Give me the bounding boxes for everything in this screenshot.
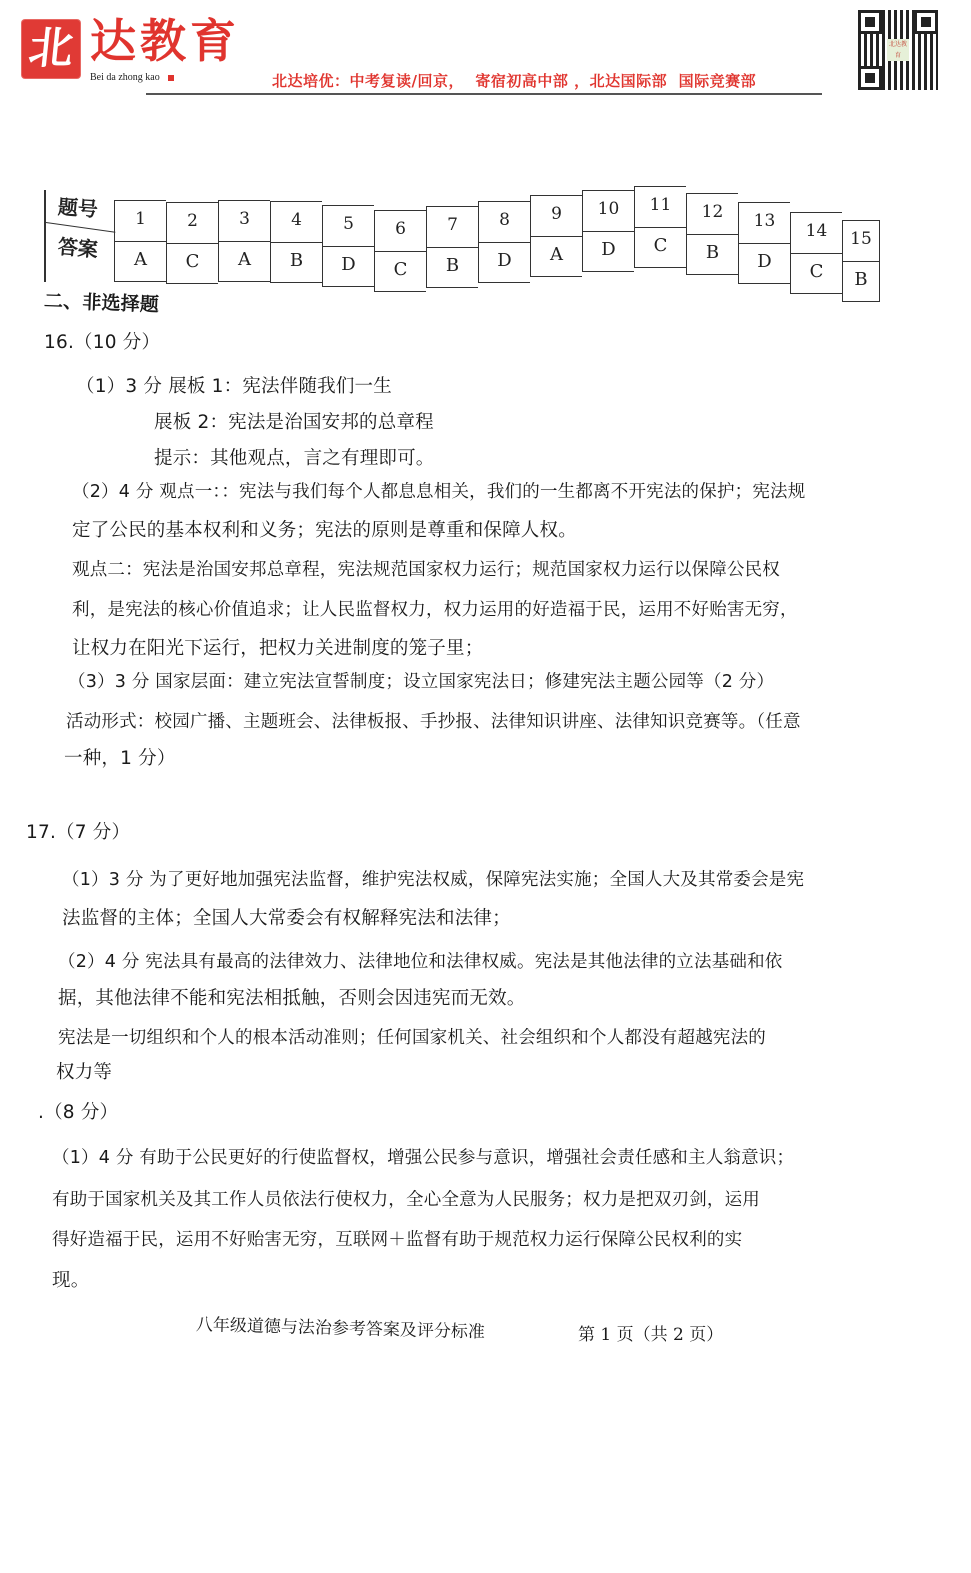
- answer-value: C: [635, 235, 686, 256]
- qr-finder: [858, 66, 882, 90]
- answer-cell: 1A: [114, 200, 166, 282]
- logo-seal: 北: [22, 20, 80, 78]
- red-square-icon: [168, 75, 174, 81]
- q16-p1-line1: （1）3 分 展板 1：宪法伴随我们一生: [76, 372, 392, 398]
- answer-value: D: [739, 251, 790, 272]
- question-number: 13: [739, 211, 790, 231]
- q16-p2-line5: 让权力在阳光下运行，把权力关进制度的笼子里；: [72, 634, 483, 660]
- answer-value: D: [583, 239, 634, 260]
- answer-value: B: [843, 269, 879, 290]
- q16-p2-line1: （2）4 分 观点一：：宪法与我们每个人都息息相关，我们的一生都离不开宪法的保护…: [72, 478, 805, 503]
- logo-subtitle-text: Bei da zhong kao: [90, 72, 160, 83]
- answer-value: C: [375, 259, 426, 280]
- question-number: 8: [479, 210, 530, 230]
- q17-p2-line4: 权力等: [56, 1058, 112, 1084]
- question-number-label: 题号: [57, 191, 99, 223]
- qr-finder: [914, 10, 938, 34]
- question-number: 3: [219, 209, 270, 229]
- question-number: 1: [115, 209, 166, 229]
- q16-heading: 16.（10 分）: [44, 328, 160, 354]
- answer-cell: 12B: [686, 193, 738, 275]
- answer-value: A: [115, 249, 166, 270]
- answer-value: A: [219, 249, 270, 270]
- answer-cell: 2C: [166, 202, 218, 284]
- header-divider: [146, 93, 822, 95]
- question-number: 11: [635, 195, 686, 215]
- answer-label: 答案: [57, 230, 99, 262]
- logo-subtitle: Bei da zhong kao: [90, 72, 174, 83]
- q16-p1-line3: 提示：其他观点，言之有理即可。: [154, 444, 435, 470]
- question-number: 7: [427, 215, 478, 235]
- question-number: 4: [271, 210, 322, 230]
- question-number: 9: [531, 204, 582, 224]
- q17-p2-line3: 宪法是一切组织和个人的根本活动准则；任何国家机关、社会组织和个人都没有超越宪法的: [58, 1024, 766, 1049]
- answer-cell: 3A: [218, 200, 270, 282]
- q16-p2-line4: 利，是宪法的核心价值追求；让人民监督权力，权力运用的好造福于民，运用不好贻害无穷…: [72, 596, 798, 621]
- q17-p1-line2: 法监督的主体；全国人大常委会有权解释宪法和法律；: [62, 904, 511, 930]
- q16-p2-line3: 观点二：宪法是治国安邦总章程，宪法规范国家权力运行；规范国家权力运行以保障公民权: [72, 556, 780, 581]
- question-number: 14: [791, 221, 842, 241]
- answer-cell: 8D: [478, 201, 530, 283]
- q18-p1-line1: （1）4 分 有助于公民更好的行使监督权，增强公民参与意识，增强社会责任感和主人…: [52, 1144, 794, 1169]
- q17-p2-line1: （2）4 分 宪法具有最高的法律效力、法律地位和法律权威。宪法是其他法律的立法基…: [58, 948, 783, 973]
- q17-p2-line2: 据，其他法律不能和宪法相抵触，否则会因违宪而无效。: [58, 984, 526, 1010]
- section-title: 二、非选择题: [44, 286, 160, 317]
- answer-cell: 10D: [582, 190, 634, 272]
- qr-code-icon: 北达教育: [858, 10, 938, 90]
- q17-heading: 17.（7 分）: [26, 818, 130, 844]
- q17-p1-line1: （1）3 分 为了更好地加强宪法监督，维护宪法权威，保障宪法实施；全国人大及其常…: [62, 866, 804, 891]
- answer-cell: 15B: [842, 220, 880, 302]
- question-number: 2: [167, 211, 218, 231]
- answer-value: C: [791, 261, 842, 282]
- answer-cell: 7B: [426, 206, 478, 288]
- q18-p1-line3: 得好造福于民，运用不好贻害无穷，互联网＋监督有助于规范权力运行保障公民权利的实: [52, 1226, 742, 1251]
- answer-value: B: [687, 242, 738, 263]
- q18-p1-line4: 现。: [52, 1266, 89, 1292]
- answer-cell: 9A: [530, 195, 582, 277]
- answer-value: B: [427, 255, 478, 276]
- qr-center-logo: 北达教育: [887, 39, 909, 61]
- document-title: 八年级道德与法治参考答案及评分标准: [196, 1310, 486, 1343]
- q16-p3-line2: 活动形式：校园广播、主题班会、法律板报、手抄报、法律知识讲座、法律知识竞赛等。（…: [66, 708, 801, 733]
- question-number: 10: [583, 199, 634, 219]
- question-number: 15: [843, 229, 879, 249]
- answer-table-row-headers: 题号 答案: [44, 190, 116, 282]
- q16-p3-line3: 一种，1 分）: [64, 744, 176, 770]
- page-indicator: 第 1 页（共 2 页）: [578, 1320, 723, 1345]
- qr-finder: [858, 10, 882, 34]
- answer-value: D: [323, 254, 374, 275]
- question-number: 5: [323, 214, 374, 234]
- answer-cell: 14C: [790, 212, 842, 294]
- q16-p2-line2: 定了公民的基本权利和义务；宪法的原则是尊重和保障人权。: [72, 516, 577, 542]
- q18-heading: .（8 分）: [38, 1098, 118, 1124]
- answer-cell: 11C: [634, 186, 686, 268]
- answer-value: D: [479, 250, 530, 271]
- logo-text: 达教育: [90, 18, 240, 64]
- q18-p1-line2: 有助于国家机关及其工作人员依法行使权力，全心全意为人民服务；权力是把双刃剑，运用: [52, 1186, 760, 1211]
- answer-value: A: [531, 244, 582, 265]
- answer-value: B: [271, 250, 322, 271]
- answer-cell: 13D: [738, 202, 790, 284]
- logo-char: 北: [27, 27, 76, 71]
- q16-p3-line1: （3）3 分 国家层面：建立宪法宣誓制度；设立国家宪法日；修建宪法主题公园等（2…: [68, 668, 774, 693]
- q16-p1-line2: 展板 2：宪法是治国安邦的总章程: [154, 408, 434, 434]
- answer-cell: 6C: [374, 210, 426, 292]
- answer-value: C: [167, 251, 218, 272]
- answer-cell: 5D: [322, 205, 374, 287]
- answer-table: 题号 答案 1A 2C 3A 4B 5D 6C 7B 8D 9A 10D 11C…: [44, 190, 879, 310]
- question-number: 6: [375, 219, 426, 239]
- header-slogan: 北达培优：中考复读/回京， 寄宿初高中部 ，北达国际部 国际竞赛部: [272, 70, 756, 91]
- answer-cell: 4B: [270, 201, 322, 283]
- question-number: 12: [687, 202, 738, 222]
